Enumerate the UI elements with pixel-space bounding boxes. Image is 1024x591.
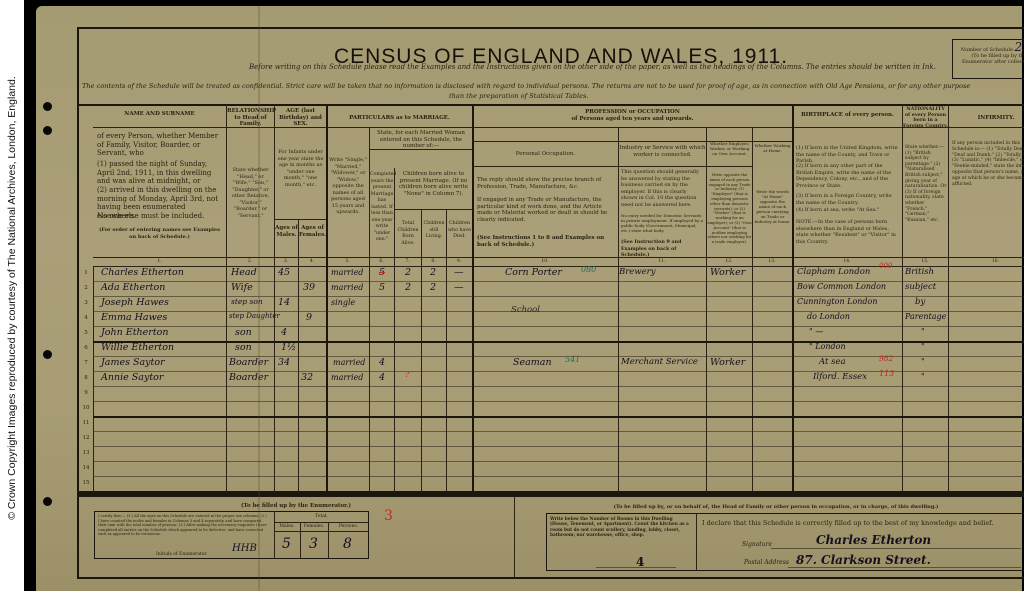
cell-died: — xyxy=(454,267,464,278)
header-employer: Whether Employer, Worker, or Working on … xyxy=(707,141,752,156)
colnum: 13. xyxy=(752,259,792,264)
females-label: Females. xyxy=(300,524,328,530)
colnum: 6. xyxy=(369,259,394,264)
cell-nationality: " xyxy=(921,342,925,351)
header-name-note: No one else must be included. xyxy=(97,212,222,221)
enumerator-initials: HHB xyxy=(232,543,257,554)
header-born-alive: Total Children Born Alive. xyxy=(395,221,421,247)
header-marriage-status: Write "Single," "Married," "Widower," or… xyxy=(328,157,368,216)
persons-label: Persons. xyxy=(328,524,369,530)
header-name-desc: of every Person, whether Member of Famil… xyxy=(97,132,222,158)
cell-employment: Worker xyxy=(710,267,745,278)
table-top-border xyxy=(79,104,1024,106)
cell-age-female: 39 xyxy=(303,282,315,293)
header-personal-desc1: The reply should show the precise branch… xyxy=(477,177,614,190)
cell-relationship: Head xyxy=(231,267,257,278)
cell-marital-status: married xyxy=(331,268,363,277)
cell-birthplace-code: 982 xyxy=(879,354,893,363)
colnum: 4. xyxy=(298,259,326,264)
header-name: NAME AND SURNAME xyxy=(93,111,226,118)
cell-years-married: 4 xyxy=(379,372,385,383)
total-females: 3 xyxy=(309,536,318,552)
cell-industry: Merchant Service xyxy=(621,357,698,367)
header-industry-ref: (See Instruction 9 and Examples on back … xyxy=(621,239,704,259)
cell-age-male: 4 xyxy=(281,327,287,338)
cell-age-female: 32 xyxy=(301,372,313,383)
cell-age-female: 9 xyxy=(306,312,312,323)
row-number: 9 xyxy=(79,390,93,396)
header-marriage: PARTICULARS as to MARRIAGE. xyxy=(327,115,472,122)
cell-nationality: Parentage xyxy=(905,312,946,321)
row-number: 1 xyxy=(79,270,93,276)
cell-born-alive: 2 xyxy=(405,282,411,293)
header-nationality: NATIONALITY of every Person born in a Fo… xyxy=(903,107,948,129)
cell-nationality: " xyxy=(921,357,925,366)
instruction-line: Before writing on this Schedule please r… xyxy=(249,63,936,71)
postal-address: 87. Clarkson Street. xyxy=(796,553,931,567)
signature-label: Signature xyxy=(742,541,772,548)
colnum-row-top xyxy=(93,257,1024,258)
cell-occupation-code: 080 xyxy=(581,265,596,274)
header-name-item1: (1) passed the night of Sunday, April 2n… xyxy=(97,160,222,186)
row-number: 12 xyxy=(79,435,93,441)
enumerator-certify: I certify that:— (1.) All the ages on th… xyxy=(98,514,268,537)
header-name-order: (For order of entering names see Example… xyxy=(97,227,222,240)
header-birthplace-item3: (3) If born in a Foreign Country, write … xyxy=(796,193,900,206)
red-mark: 3 xyxy=(384,508,393,524)
cell-industry: Brewery xyxy=(619,267,656,277)
males-label: Males. xyxy=(274,524,300,530)
cell-occupation: Seaman xyxy=(513,357,552,368)
header-years-married: Completed years the present Marriage has… xyxy=(370,172,394,244)
cell-name: Joseph Hawes xyxy=(101,297,169,308)
cell-relationship: Boarder xyxy=(229,372,268,383)
header-birthplace-note: NOTE.—In the case of persons born elsewh… xyxy=(796,219,900,245)
cell-birthplace-code: 113 xyxy=(879,369,894,378)
confidential-notice-cont: than the preparation of Statistical Tabl… xyxy=(449,92,589,100)
row-number: 8 xyxy=(79,375,93,381)
header-living: Children still Living. xyxy=(422,221,446,241)
header-personal-occupation: Personal Occupation. xyxy=(473,151,618,158)
cell-age-male: 34 xyxy=(278,357,290,368)
header-industry: Industry or Service with which worker is… xyxy=(619,145,706,158)
colnum: 12. xyxy=(706,259,752,264)
cell-name: Charles Etherton xyxy=(101,267,184,278)
colnum: 1. xyxy=(93,259,226,264)
census-form: CENSUS OF ENGLAND AND WALES, 1911. Befor… xyxy=(77,27,1024,495)
header-birthplace: BIRTHPLACE of every person. xyxy=(793,112,902,119)
cell-nationality: subject xyxy=(905,282,936,292)
colnum: 2. xyxy=(226,259,274,264)
cell-birthplace: Bow Common London xyxy=(797,282,886,291)
colnum: 10. xyxy=(472,259,618,264)
cell-nationality: British xyxy=(905,267,934,277)
cell-birthplace: Cunnington London xyxy=(797,297,878,306)
header-employer-desc: Write opposite the name of each person e… xyxy=(707,173,752,245)
cell-marital-status: single xyxy=(331,298,355,307)
cell-birthplace-code: 000 xyxy=(879,262,892,270)
cell-employment: Worker xyxy=(710,357,745,368)
header-occupation-sub: of Persons aged ten years and upwards. xyxy=(473,116,792,123)
header-industry-desc: This question should generally be answer… xyxy=(621,169,704,208)
row-number: 7 xyxy=(79,360,93,366)
cell-birthplace: " — xyxy=(809,327,823,336)
header-birthplace-item4: (4) If born at sea, write "At Sea." xyxy=(796,207,900,214)
table-bottom-border xyxy=(79,491,1024,493)
cell-name: Willie Etherton xyxy=(101,342,174,353)
header-personal-desc3: (See Instructions 1 to 8 and Examples on… xyxy=(477,235,614,248)
header-age-desc: For Infants under one year state the age… xyxy=(276,149,325,188)
signature: Charles Etherton xyxy=(816,533,931,547)
cell-relationship: son xyxy=(235,342,252,353)
cell-years-married: 4 xyxy=(379,357,385,368)
header-occupation: PROFESSION or OCCUPATION xyxy=(473,109,792,116)
cell-name: John Etherton xyxy=(101,327,168,338)
total-males: 5 xyxy=(282,536,291,552)
header-infirmity-desc: If any person included in this Schedule … xyxy=(952,141,1024,187)
cell-age-male: 1½ xyxy=(281,342,296,353)
schedule-number: 236 xyxy=(1015,40,1024,54)
header-age-males: Ages of Males. xyxy=(275,225,298,238)
enumerator-initials-label: Initials of Enumerator. xyxy=(156,552,207,558)
header-relationship-desc: State whether "Head," or "Wife," "Son," … xyxy=(228,167,273,219)
punch-hole xyxy=(43,126,52,135)
census-schedule-page: CENSUS OF ENGLAND AND WALES, 1911. Befor… xyxy=(36,6,1022,591)
cell-born-alive: 2 xyxy=(405,267,411,278)
header-nationality-desc: State whether:— (1) "British subject by … xyxy=(905,145,947,223)
row-number: 10 xyxy=(79,405,93,411)
cell-died: — xyxy=(454,282,464,293)
punch-hole xyxy=(43,350,52,359)
cell-marital-status: married xyxy=(331,373,363,382)
cell-years-married: 5 xyxy=(379,282,385,293)
copyright-text: © Crown Copyright Images reproduced by c… xyxy=(6,18,18,578)
copyright-strip: © Crown Copyright Images reproduced by c… xyxy=(0,0,24,591)
colnum: 3. xyxy=(274,259,298,264)
colnum: 11. xyxy=(618,259,706,264)
header-birthplace-item1: (1) If born in the United Kingdom, write… xyxy=(796,145,900,165)
row-number: 5 xyxy=(79,330,93,336)
cell-birthplace: At sea xyxy=(819,357,846,367)
header-died: Children who have Died. xyxy=(447,221,472,241)
header-home: Whether Working at Home. xyxy=(753,143,792,153)
header-infirmity: INFIRMITY. xyxy=(949,115,1024,122)
cell-name: Ada Etherton xyxy=(101,282,165,293)
colnum: 7. xyxy=(394,259,421,264)
cell-age-male: 14 xyxy=(278,297,290,308)
row-number: 3 xyxy=(79,300,93,306)
row-number: 14 xyxy=(79,465,93,471)
schedule-note: (To be filled up by the Enumerator after… xyxy=(962,53,1024,65)
cell-name: James Saytor xyxy=(101,357,165,368)
header-age: AGE (last Birthday) and SEX. xyxy=(275,108,326,128)
cell-marital-status: married xyxy=(333,358,365,367)
cell-age-male: 45 xyxy=(278,267,290,278)
row-number: 2 xyxy=(79,285,93,291)
paper-fold xyxy=(258,6,260,591)
cell-birthplace: Ilford. Essex xyxy=(813,372,867,382)
row-number: 4 xyxy=(79,315,93,321)
colnum: 16. xyxy=(948,259,1024,264)
cell-marital-status: married xyxy=(331,283,363,292)
cell-birthplace: " London xyxy=(809,342,846,351)
total-label: Total. xyxy=(274,514,369,520)
cell-birthplace: do London xyxy=(807,312,850,321)
cell-relationship: Boarder xyxy=(229,357,268,368)
colnum: 9. xyxy=(446,259,472,264)
row-number: 15 xyxy=(79,480,93,486)
header-industry-note: No entry needed for Domestic Servants in… xyxy=(621,213,704,233)
rooms-count: 4 xyxy=(636,555,644,569)
cell-years-married: 5 xyxy=(379,267,385,278)
cell-birthplace: Clapham London xyxy=(797,267,870,277)
header-personal-desc2: If engaged in any Trade or Manufacture, … xyxy=(477,197,614,223)
rooms-instructions: Write below the Number of Rooms in this … xyxy=(550,517,692,538)
row-number: 13 xyxy=(79,450,93,456)
cell-born-alive: ? xyxy=(405,370,409,379)
cell-name: Emma Hawes xyxy=(101,312,167,323)
cell-occupation: School xyxy=(511,305,540,315)
postal-address-label: Postal Address xyxy=(744,559,789,566)
declaration: I declare that this Schedule is correctl… xyxy=(702,519,993,527)
cell-name: Annie Saytor xyxy=(101,372,163,383)
head-section-heading: (To be filled up by, or on behalf of, th… xyxy=(516,504,1024,511)
row-number: 6 xyxy=(79,345,93,351)
header-age-females: Ages of Females. xyxy=(299,225,326,238)
cell-relationship: Wife xyxy=(231,282,253,293)
cell-nationality: " xyxy=(921,327,925,336)
punch-hole xyxy=(43,497,52,506)
total-persons: 8 xyxy=(343,536,352,552)
cell-nationality: " xyxy=(921,372,925,381)
header-relationship: RELATIONSHIP to Head of Family. xyxy=(227,108,274,128)
enumerator-heading: (To be filled up by the Enumerator.) xyxy=(96,503,496,510)
cell-relationship: step Daughter xyxy=(229,312,280,320)
cell-relationship: son xyxy=(235,327,252,338)
row-number: 11 xyxy=(79,420,93,426)
cell-nationality: by xyxy=(915,297,925,307)
colnum: 5. xyxy=(326,259,369,264)
header-married-woman: State, for each Married Woman entered on… xyxy=(371,130,471,150)
header-children: Children born alive to present Marriage.… xyxy=(395,171,472,197)
punch-hole xyxy=(43,102,52,111)
schedule-number-box: Number of Schedule 236 (To be filled up … xyxy=(952,39,1024,79)
cell-occupation-code: 541 xyxy=(565,355,580,364)
header-birthplace-item2: (2) If born in any other part of the Bri… xyxy=(796,163,900,189)
colnum: 15. xyxy=(902,259,948,264)
colnum: 8. xyxy=(421,259,446,264)
header-home-desc: Write the words "At Home" opposite the n… xyxy=(754,189,791,224)
cell-occupation: Corn Porter xyxy=(505,267,562,278)
confidential-notice: The contents of the Schedule will be tre… xyxy=(82,82,970,90)
cell-living: 2 xyxy=(430,282,436,293)
cell-living: 2 xyxy=(430,267,436,278)
